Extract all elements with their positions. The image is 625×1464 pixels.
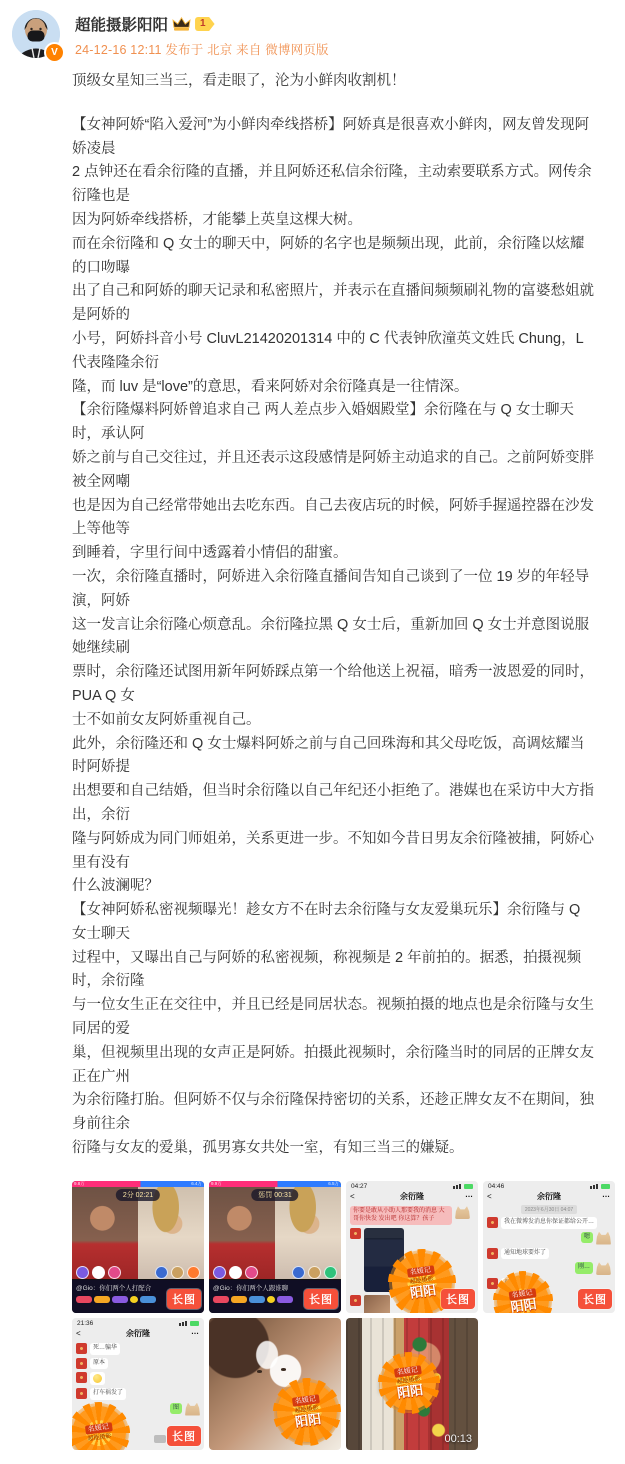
post-line: 上等他等 [72, 518, 620, 542]
status-time: 04:46 [488, 1183, 504, 1190]
more-icon[interactable]: … [465, 1188, 474, 1201]
sender-avatar [350, 1295, 361, 1306]
chat-nav-bar: < 余衍隆 … [72, 1327, 204, 1340]
post-line: 娇之前与自己交往过，并且还表示这段感情是阿娇主动追求的自己。之前阿娇变胖 [72, 447, 620, 471]
back-icon[interactable]: < [487, 1190, 492, 1203]
post-line: 顶级女星知三当三，看走眼了，沦为小鲜肉收割机！ [72, 70, 620, 94]
post-line: 2 点钟还在看余衍隆的直播，并且阿娇还私信余衍隆，主动索要联系方式。网传余 [72, 161, 620, 185]
media-thumb-wechat-1[interactable]: 04:27 < 余衍隆 … 你要是敢从小助人那要我的消息 大哥你快发 发出吧 你… [346, 1181, 478, 1313]
embedded-photo [364, 1295, 390, 1313]
post-line: 的口吻曝 [72, 257, 620, 281]
post-line: 为余衍隆打胎。但阿娇不仅与余衍隆保持密切的关系，还趁正牌女友不在期间，独 [72, 1089, 620, 1113]
chat-message: 刚… [487, 1262, 611, 1275]
post-line: 出想要和自己结婚，但当时余衍隆以自己年纪还小拒绝了。港媒也在采访中大方指 [72, 780, 620, 804]
long-image-badge: 长图 [167, 1426, 201, 1446]
paragraph-gap [72, 94, 620, 114]
cat-avatar [596, 1262, 611, 1275]
watermark-stamp: 名媛记 超能摄影 阳阳 [273, 1378, 341, 1446]
chat-message [76, 1372, 200, 1385]
long-image-badge: 长图 [441, 1289, 475, 1309]
username-text: 超能摄影阳阳 [75, 13, 168, 35]
viewer-avatars [209, 1266, 341, 1279]
more-icon[interactable]: … [602, 1188, 611, 1201]
post-line: 身前往余 [72, 1113, 620, 1137]
pk-timer: 2分 02:21 [116, 1189, 160, 1201]
chat-title: 余衍隆 [400, 1192, 424, 1201]
post-line: 因为阿娇牵线搭桥，才能攀上英皇这棵大树。 [72, 209, 620, 233]
sender-avatar [350, 1228, 361, 1239]
message-bubble: 你要是敢从小助人那要我的消息 大哥你快发 发出吧 你这算？孩子 [350, 1206, 452, 1225]
pk-score-bar: 9.8万6.4万 [72, 1181, 204, 1187]
post-line: 她继续刷 [72, 637, 620, 661]
media-thumb-photo[interactable]: 名媛记 超能摄影 阳阳 [209, 1318, 341, 1450]
chat-title: 余衍隆 [537, 1192, 561, 1201]
chat-message: 通知地球要炸了 [487, 1248, 611, 1260]
watermark-line3: 阳阳 [409, 1283, 437, 1300]
media-thumb-livestream-2[interactable]: 9.9万6.5万 惩罚 00:31 @Gio：你们两个人跟谁聊 长图 [209, 1181, 341, 1313]
status-time: 21:36 [77, 1320, 93, 1327]
chat-date-pill: 2023年6月30日 04:07 [521, 1205, 577, 1214]
viewer-avatars [72, 1266, 204, 1279]
video-duration: 00:13 [444, 1433, 472, 1445]
message-bubble: 我在微博发消息你保证都给公开… [501, 1217, 597, 1229]
post-line: 时，余衍隆 [72, 970, 620, 994]
post-line: 里有没有 [72, 852, 620, 876]
media-grid: 9.8万6.4万 2分 02:21 @Gio：你们两个人打配合 长图 9.9万6… [72, 1181, 615, 1450]
watermark-line2: 超能摄影 [87, 1432, 112, 1443]
post-line: 【女神阿娇私密视频曝光！趁女方不在时去余衍隆与女友爱巢玩乐】余衍隆与 Q [72, 899, 620, 923]
post-line: 代表隆隆余衍 [72, 352, 620, 376]
message-bubble [90, 1372, 105, 1385]
chat-nav-bar: < 余衍隆 … [483, 1190, 615, 1203]
status-bar: 04:27 [346, 1181, 478, 1190]
media-thumb-wechat-2[interactable]: 04:46 < 余衍隆 … 2023年6月30日 04:07 我在微博发消息你保… [483, 1181, 615, 1313]
chat-message: 我在微博发消息你保证都给公开… [487, 1217, 611, 1229]
long-image-badge: 长图 [304, 1289, 338, 1309]
media-thumb-livestream-1[interactable]: 9.8万6.4万 2分 02:21 @Gio：你们两个人打配合 长图 [72, 1181, 204, 1313]
post-line: 这一发言让余衍隆心烦意乱。余衍隆拉黑 Q 女士后，重新加回 Q 女士并意图说服 [72, 614, 620, 638]
chat-message: 嗯 [487, 1232, 611, 1245]
chat-title: 余衍隆 [126, 1329, 150, 1338]
sender-avatar [76, 1358, 87, 1369]
post-line: 衍隆也是 [72, 185, 620, 209]
message-bubble: 原本 [90, 1358, 108, 1370]
pk-timer: 惩罚 00:31 [251, 1189, 298, 1201]
post-line: 士不如前女友阿娇重视自己。 [72, 709, 620, 733]
message-bubble: 刚… [575, 1262, 593, 1274]
post-text: 顶级女星知三当三，看走眼了，沦为小鲜肉收割机！【女神阿娇“陷入爱河”为小鲜肉牵线… [72, 70, 620, 1161]
long-image-badge: 长图 [578, 1289, 612, 1309]
post-line: 被全网嘲 [72, 471, 620, 495]
vip-crown-icon [172, 17, 191, 32]
post-line: 【女神阿娇“陷入爱河”为小鲜肉牵线搭桥】阿娇真是很喜欢小鲜肉，网友曾发现阿 [72, 114, 620, 138]
pk-score-bar: 9.9万6.5万 [209, 1181, 341, 1187]
message-bubble: 嗯 [581, 1232, 593, 1244]
post-line: 什么波澜呢？ [72, 875, 620, 899]
chat-message: 死…骗华 [76, 1343, 200, 1355]
cat-avatar [596, 1232, 611, 1245]
back-icon[interactable]: < [350, 1190, 355, 1203]
chat-message: 你要是敢从小助人那要我的消息 大哥你快发 发出吧 你这算？孩子 [350, 1206, 474, 1225]
message-bubble: 死…骗华 [90, 1343, 120, 1355]
post-line: 而在余衍隆和 Q 女士的聊天中，阿娇的名字也是频频出现，此前，余衍隆以炫耀 [72, 233, 620, 257]
post-line: 巢，但视频里出现的女声正是阿娇。拍摄此视频时，余衍隆当时的同居的正牌女友 [72, 1042, 620, 1066]
post-line: 女士聊天 [72, 923, 620, 947]
status-bar: 21:36 [72, 1318, 204, 1327]
post-timestamp[interactable]: 24-12-16 12:11 发布于 北京 来自 微博网页版 [75, 40, 329, 58]
media-thumb-video[interactable]: 名媛记 超能摄影 阳阳 00:13 [346, 1318, 478, 1450]
vip-level-badge[interactable]: 1 [195, 17, 215, 31]
post-line: 到睡着，字里行间中透露着小情侣的甜蜜。 [72, 542, 620, 566]
sender-avatar [76, 1343, 87, 1354]
post-line: 同居的爱 [72, 1018, 620, 1042]
post-line: 也是因为自己经常带她出去吃东西。自己去夜店玩的时候，阿娇手握遥控器在沙发 [72, 495, 620, 519]
post-line: 演，阿娇 [72, 590, 620, 614]
post-line: 衍隆与女友的爱巢，孤男寡女共处一室，有知三当三的嫌疑。 [72, 1137, 620, 1161]
post-line: 隆与阿娇成为同门师姐弟，关系更进一步。不知如今昔日男友余衍隆被捕，阿娇心 [72, 828, 620, 852]
more-icon[interactable]: … [191, 1325, 200, 1338]
post-line: 时阿娇提 [72, 756, 620, 780]
eye-detail [281, 1368, 286, 1371]
post-line: 出了自己和阿娇的聊天记录和私密照片，并表示在直播间频频刷礼物的富婆愁姐就 [72, 280, 620, 304]
post-line: 隆，而 luv 是“love”的意思，看来阿娇对余衍隆真是一往情深。 [72, 376, 620, 400]
watermark-line3: 阳阳 [396, 1383, 424, 1400]
post-line: 娇凌晨 [72, 138, 620, 162]
chat-nav-bar: < 余衍隆 … [346, 1190, 478, 1203]
sender-avatar [487, 1248, 498, 1259]
post-line: PUA Q 女 [72, 685, 620, 709]
message-bubble: 打车祸发了 [90, 1388, 126, 1400]
sender-avatar [76, 1372, 87, 1383]
post-line: 【余衍隆爆料阿娇曾追求自己 两人差点步入婚姻殿堂】余衍隆在与 Q 女士聊天 [72, 399, 620, 423]
post-line: 时，承认阿 [72, 423, 620, 447]
sender-avatar [487, 1217, 498, 1228]
smiley-emoji [93, 1374, 102, 1383]
watermark-stamp: 名媛记 超能摄影 阳阳 [379, 1353, 440, 1414]
watermark-line3: 阳阳 [294, 1412, 322, 1429]
sender-avatar [76, 1388, 87, 1399]
watermark-line3: 阳阳 [510, 1297, 538, 1313]
post-line: 一次，余衍隆直播时，阿娇进入余衍隆直播间告知自己谈到了一位 19 岁的年轻导 [72, 566, 620, 590]
message-bubble: 图 [170, 1403, 182, 1415]
status-time: 04:27 [351, 1183, 367, 1190]
back-icon[interactable]: < [76, 1327, 81, 1340]
post-line: 是阿娇的 [72, 304, 620, 328]
post-line: 正在广州 [72, 1066, 620, 1090]
cat-avatar [185, 1403, 200, 1416]
post-line: 小号，阿娇抖音小号 CluvL21420201314 中的 C 代表钟欣潼英文姓… [72, 328, 620, 352]
long-image-badge: 长图 [167, 1289, 201, 1309]
post-line: 此外，余衍隆还和 Q 女士爆料阿娇之前与自己回珠海和其父母吃饭，高调炫耀当 [72, 733, 620, 757]
eye-detail [257, 1370, 262, 1373]
post-line: 出，余衍 [72, 804, 620, 828]
image-pill [154, 1435, 166, 1443]
cat-avatar [455, 1206, 470, 1219]
post-line: 票时，余衍隆还试图用新年阿娇踩点第一个给他送上祝福，暗秀一波恩爱的同时， [72, 661, 620, 685]
post-line: 与一位女生正在交往中，并且已经是同居状态。视频拍摄的地点也是余衍隆与女生 [72, 994, 620, 1018]
chat-message: 打车祸发了 [76, 1388, 200, 1400]
media-thumb-wechat-3[interactable]: 21:36 < 余衍隆 … 死…骗华 原本 打车祸发了 图 [72, 1318, 204, 1450]
username[interactable]: 超能摄影阳阳 1 [75, 13, 215, 35]
verified-icon: V [44, 42, 65, 63]
chat-message: 原本 [76, 1358, 200, 1370]
status-bar: 04:46 [483, 1181, 615, 1190]
message-bubble: 通知地球要炸了 [501, 1248, 549, 1260]
post-line: 过程中，又曝出自己与阿娇的私密视频，称视频是 2 年前拍的。据悉，拍摄视频 [72, 947, 620, 971]
